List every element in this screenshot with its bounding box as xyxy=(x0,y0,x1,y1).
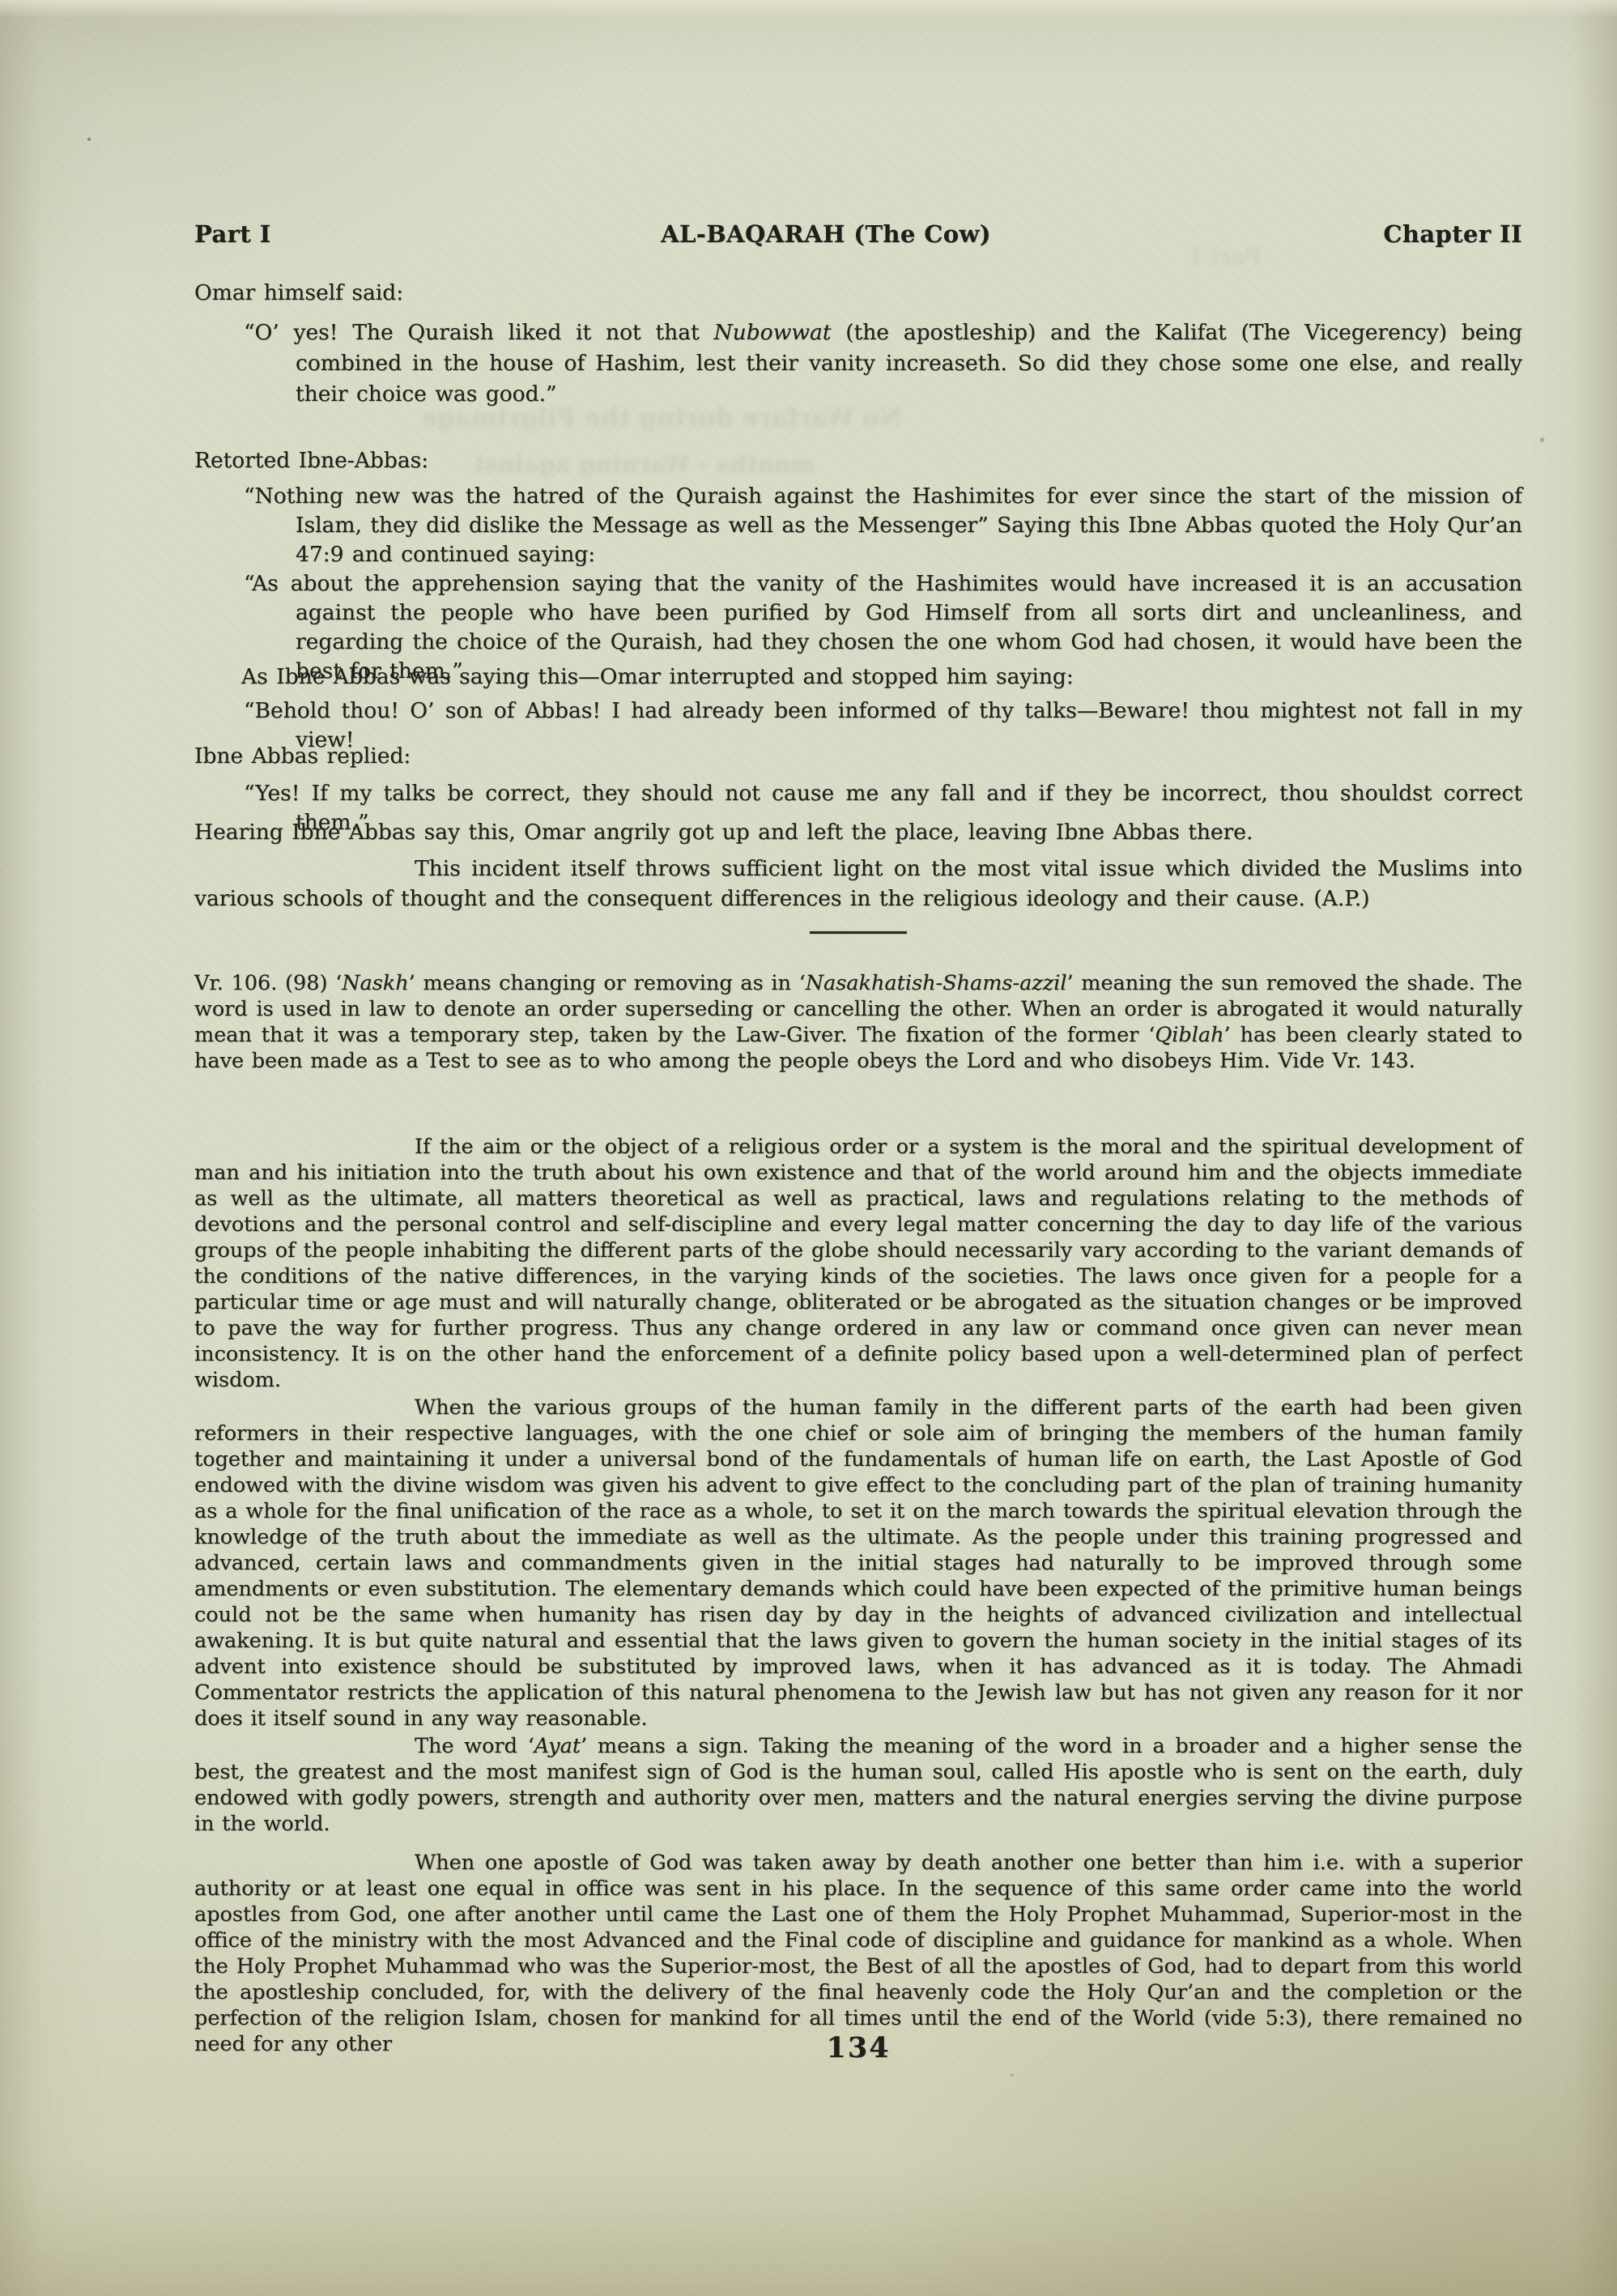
section-divider xyxy=(194,931,1522,935)
page-title: AL-BAQARAH (The Cow) xyxy=(194,220,1457,248)
paragraph-vr106: Vr. 106. (98) ‘Naskh’ means changing or … xyxy=(194,970,1522,1074)
paragraph-ayat: The word ‘Ayat’ means a sign. Taking the… xyxy=(194,1733,1522,1837)
paragraph-interruption: As Ibne Abbas was saying this—Omar inter… xyxy=(194,662,1522,692)
paragraph-groups: When the various groups of the human fam… xyxy=(194,1395,1522,1732)
paragraph-aim: If the aim or the object of a religious … xyxy=(194,1134,1522,1393)
paragraph-omar-said: Omar himself said: xyxy=(194,279,1522,308)
paper-speck xyxy=(1540,437,1544,442)
quote-hatred: “Nothing new was the hatred of the Qurai… xyxy=(194,482,1522,569)
paper-speck xyxy=(1011,2073,1014,2077)
header-chapter-label: Chapter II xyxy=(1383,220,1522,248)
running-header: Part I AL-BAQARAH (The Cow) Chapter II xyxy=(194,220,1522,248)
paragraph-incident: This incident itself throws sufficient l… xyxy=(194,854,1522,914)
paragraph-apostle: When one apostle of God was taken away b… xyxy=(194,1850,1522,2057)
scanned-book-page: No Warfare during the Pilgrimage months … xyxy=(0,0,1617,2296)
quote-quraish: “O’ yes! The Quraish liked it not that N… xyxy=(194,317,1522,410)
header-part-label: Part I xyxy=(194,220,271,248)
paragraph-replied: Ibne Abbas replied: xyxy=(194,742,1522,771)
paragraph-hearing: Hearing Ibne Abbas say this, Omar angril… xyxy=(194,818,1522,847)
divider-line xyxy=(810,931,907,934)
paragraph-retorted: Retorted Ibne-Abbas: xyxy=(194,446,1522,475)
paper-speck xyxy=(87,138,91,141)
page-number: 134 xyxy=(194,2031,1522,2064)
